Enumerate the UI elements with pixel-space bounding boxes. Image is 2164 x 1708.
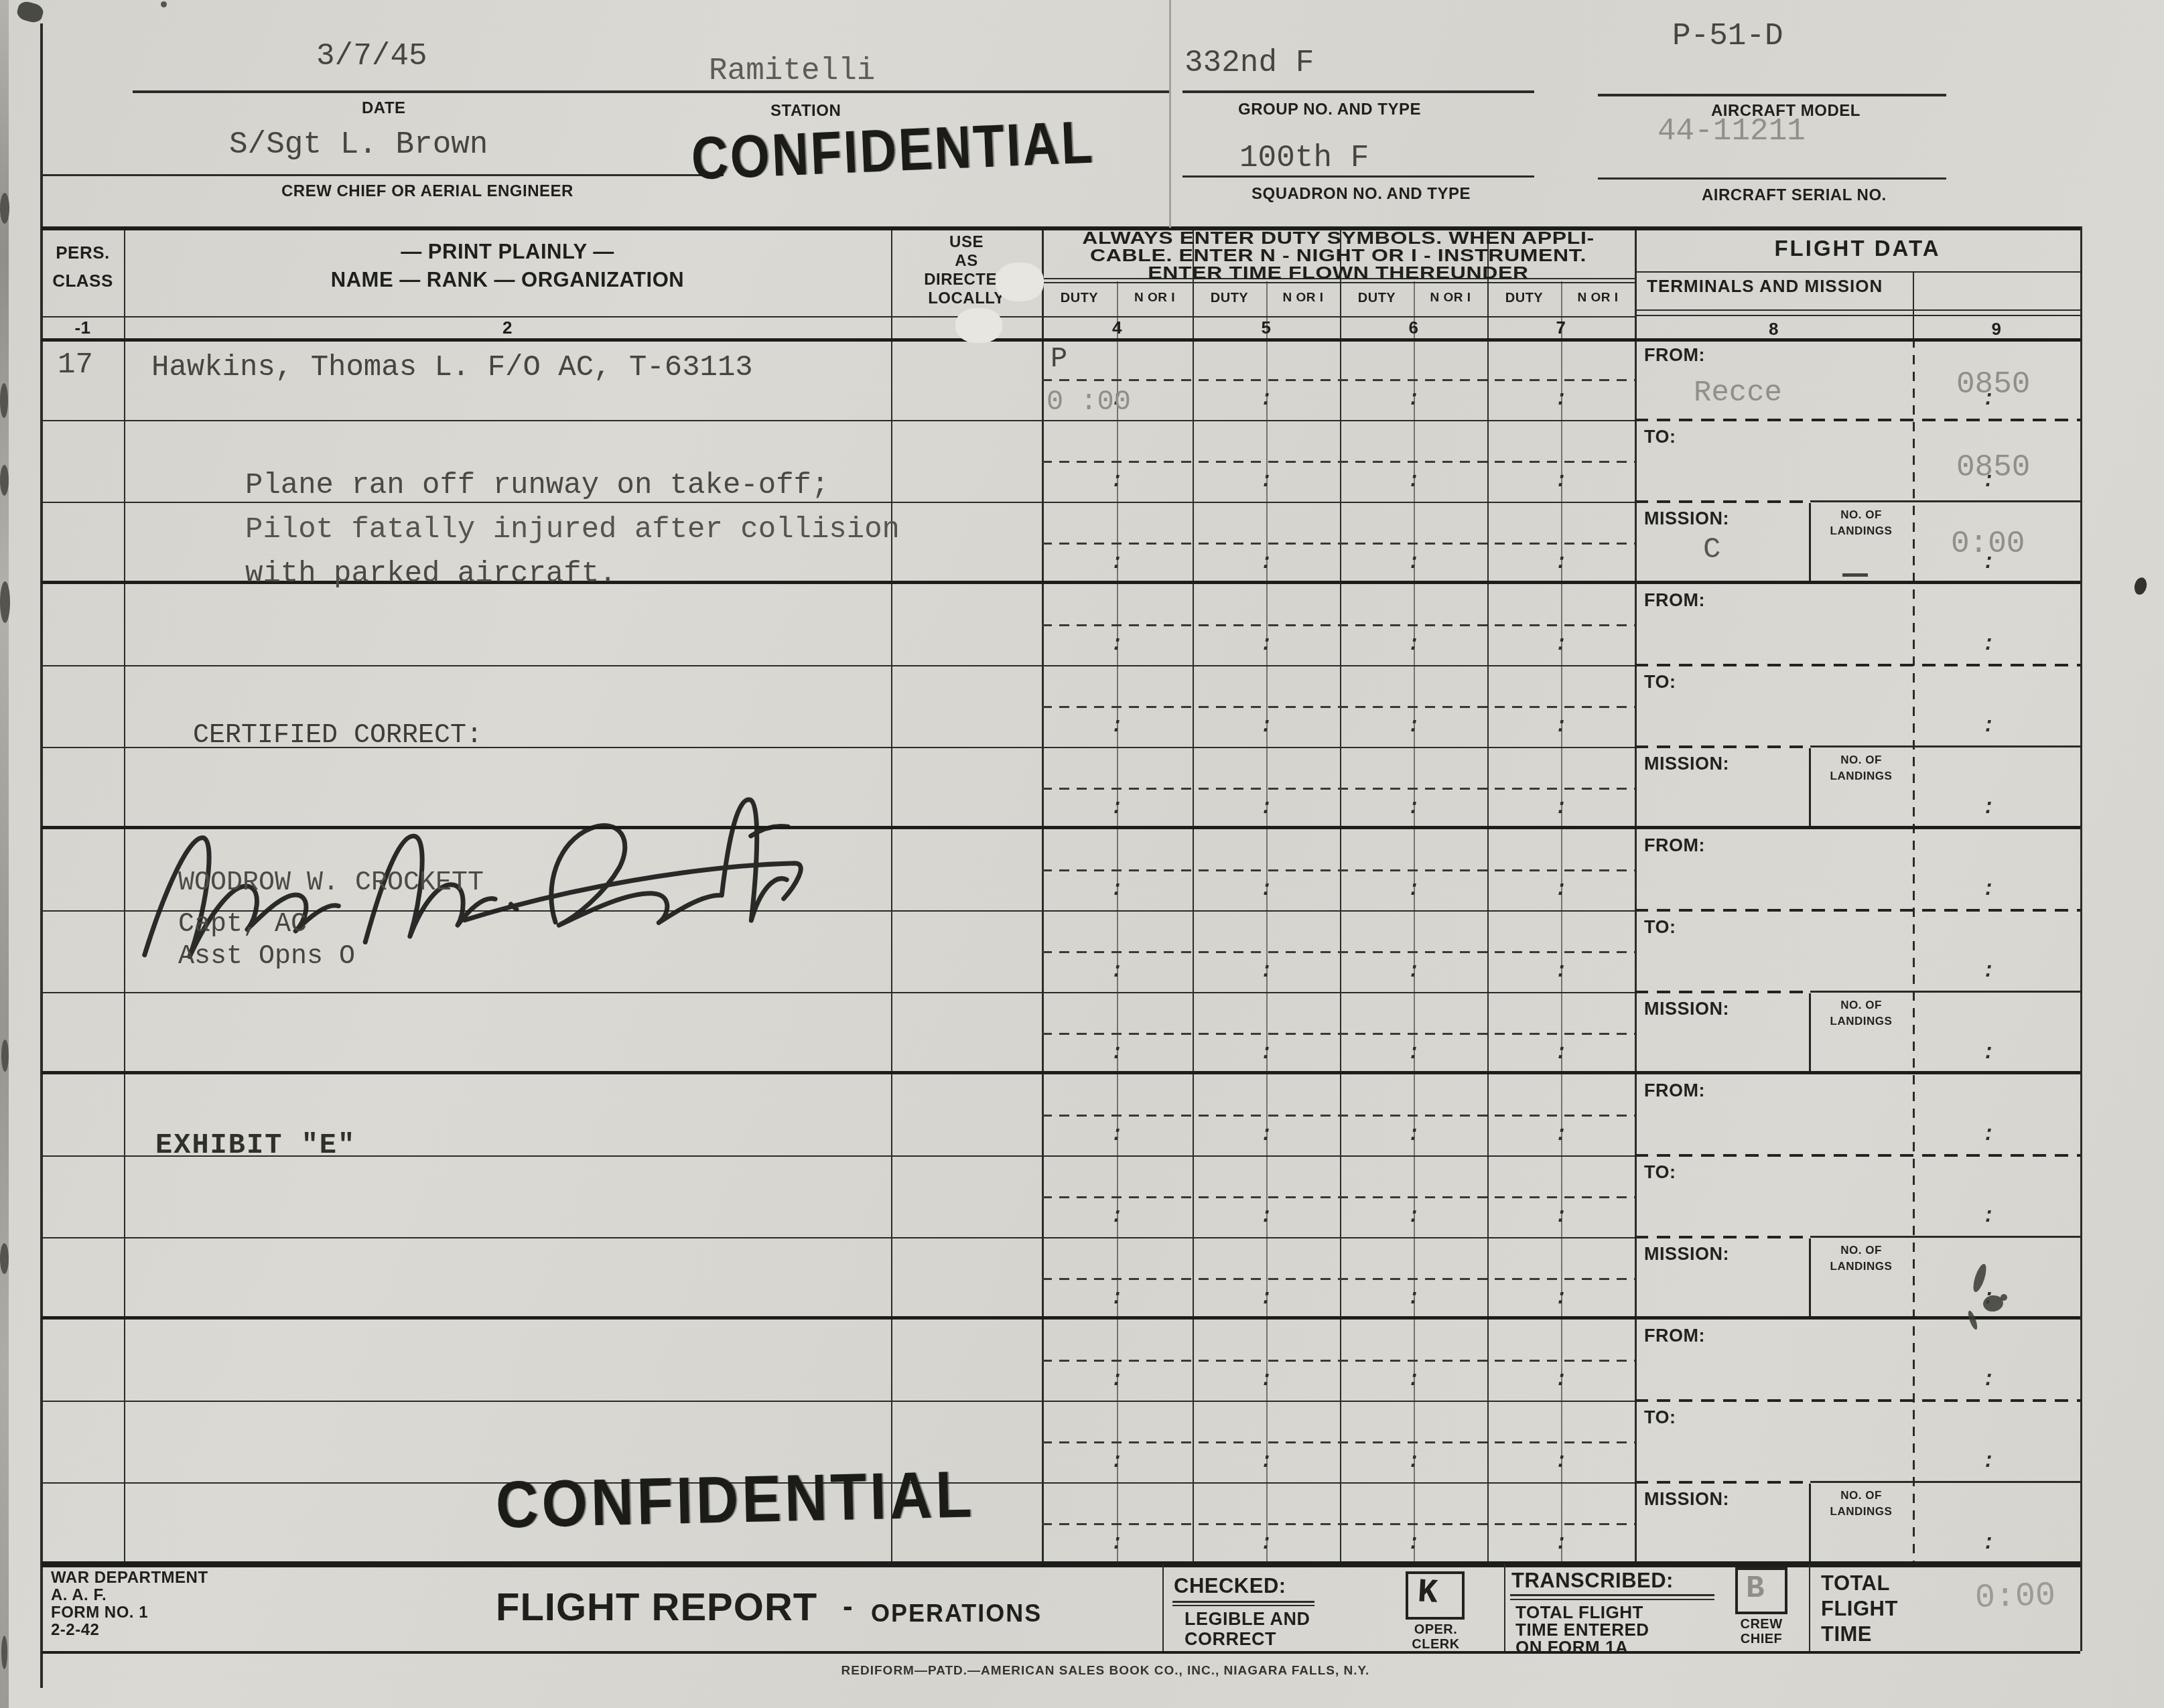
landings-dash-mark	[1842, 573, 1868, 577]
col-number-7: 7	[1487, 317, 1635, 338]
certified-correct-heading: CERTIFIED CORRECT:	[193, 721, 482, 751]
entry-mission: C	[1703, 533, 1720, 567]
col-number-4: 4	[1042, 317, 1193, 338]
form-subtitle: OPERATIONS	[871, 1599, 1042, 1628]
landings-box: NO. OF LANDINGS	[1809, 1484, 1913, 1561]
squadron-label: SQUADRON NO. AND TYPE	[1252, 185, 1471, 204]
entry-to-time: 0850	[1956, 450, 2030, 485]
landings-box: NO. OF LANDINGS	[1809, 993, 1913, 1071]
entry-from-time: 0850	[1956, 367, 2030, 402]
mission-label: MISSION:	[1644, 508, 1729, 529]
entry-pers-class: 17	[58, 348, 93, 382]
landings-box: NO. OF LANDINGS	[1809, 748, 1913, 826]
entry-remark-1: Plane ran off runway on take-off;	[245, 469, 829, 502]
pers-class-header: PERS.	[42, 242, 124, 263]
entry-mission-time: 0:00	[1951, 526, 2025, 561]
pers-class-header2: CLASS	[42, 271, 124, 291]
scan-mark-top-left	[15, 0, 45, 24]
whiteout-blob	[996, 263, 1044, 301]
crew-chief-value: S/Sgt L. Brown	[229, 127, 488, 162]
signer-rank: Capt, AC	[178, 910, 307, 940]
entry-remark-3: with parked aircraft.	[245, 557, 617, 591]
to-label: TO:	[1644, 427, 1676, 447]
from-label: FROM:	[1644, 345, 1705, 366]
landings-box: NO. OF LANDINGS	[1809, 503, 1913, 581]
duty-instructions: ALWAYS ENTER DUTY SYMBOLS. WHEN APPLI-	[959, 229, 1718, 248]
form-id: WAR DEPARTMENT	[51, 1569, 208, 1587]
flight-report-form: 3/7/45 DATE S/Sgt L. Brown CREW CHIEF OR…	[0, 0, 2164, 1708]
col-number-2: 2	[124, 317, 891, 338]
oper-clerk-mark: K	[1417, 1573, 1439, 1612]
crew-chief-mark: B	[1746, 1571, 1765, 1606]
total-flight-time-value: 0:00	[1974, 1577, 2056, 1618]
print-plainly-header: — PRINT PLAINLY —	[124, 240, 891, 264]
col-number-9: 9	[1913, 319, 2080, 340]
aircraft-serial-value: 44-11211	[1658, 114, 1806, 149]
fold-crease	[1169, 0, 1171, 228]
date-value: 3/7/45	[316, 39, 427, 74]
station-value: Ramitelli	[709, 54, 875, 88]
entry-name: Hawkins, Thomas L. F/O AC, T-63113	[151, 351, 753, 384]
transcribed-heading: TRANSCRIBED:	[1511, 1569, 1674, 1593]
landings-box: NO. OF LANDINGS	[1809, 1238, 1913, 1316]
total-flight-time-label: TOTAL	[1821, 1571, 1890, 1595]
printer-imprint: REDIFORM—PATD.—AMERICAN SALES BOOK CO., …	[737, 1664, 1474, 1679]
ink-smudge	[1963, 1257, 2017, 1330]
flight-data-block-4: NO. OF LANDINGS FROM: TO: MISSION: :::::…	[42, 1074, 2080, 1319]
confidential-stamp-top: CONFIDENTIAL	[690, 108, 1096, 194]
form-title: FLIGHT REPORT	[496, 1585, 817, 1630]
punch-dot	[2133, 576, 2148, 595]
entry-remark-2: Pilot fatally injured after collision	[245, 513, 900, 547]
form-title-separator: -	[843, 1590, 853, 1624]
entry-duty-time: 0 :00	[1046, 386, 1131, 418]
name-rank-org-header: NAME — RANK — ORGANIZATION	[124, 268, 891, 292]
station-label: STATION	[770, 102, 841, 121]
group-value: 332nd F	[1185, 46, 1314, 80]
date-label: DATE	[362, 99, 406, 118]
group-label: GROUP NO. AND TYPE	[1238, 100, 1421, 119]
crew-chief-label: CREW CHIEF OR AERIAL ENGINEER	[281, 182, 573, 201]
entry-from: Recce	[1694, 376, 1782, 410]
duty-col-label: DUTY	[1042, 291, 1117, 306]
col-number-8: 8	[1635, 319, 1913, 340]
col-number-1: -1	[42, 317, 124, 338]
signer-title: Asst Opns O	[178, 942, 355, 972]
entry-duty-symbol: P	[1051, 343, 1067, 375]
checked-heading: CHECKED:	[1174, 1574, 1286, 1598]
terminals-mission-header: TERMINALS AND MISSION	[1647, 276, 1883, 297]
confidential-stamp-bottom: CONFIDENTIAL	[495, 1456, 975, 1543]
scan-edge-strip	[0, 0, 9, 1708]
nori-col-label: N OR I	[1117, 291, 1193, 305]
signer-name: WOODROW W. CROCKETT	[178, 868, 484, 898]
col-number-6: 6	[1340, 317, 1487, 338]
col-number-5: 5	[1193, 317, 1340, 338]
flight-data-block-5: NO. OF LANDINGS FROM: TO: MISSION: :::::…	[42, 1319, 2080, 1564]
aircraft-model-value: P-51-D	[1672, 19, 1783, 54]
squadron-value: 100th F	[1239, 141, 1369, 175]
aircraft-serial-label: AIRCRAFT SERIAL NO.	[1702, 186, 1887, 205]
flight-data-header: FLIGHT DATA	[1635, 236, 2080, 261]
exhibit-label: EXHIBIT "E"	[155, 1129, 356, 1161]
no-of-landings-label: NO. OF	[1811, 508, 1911, 522]
